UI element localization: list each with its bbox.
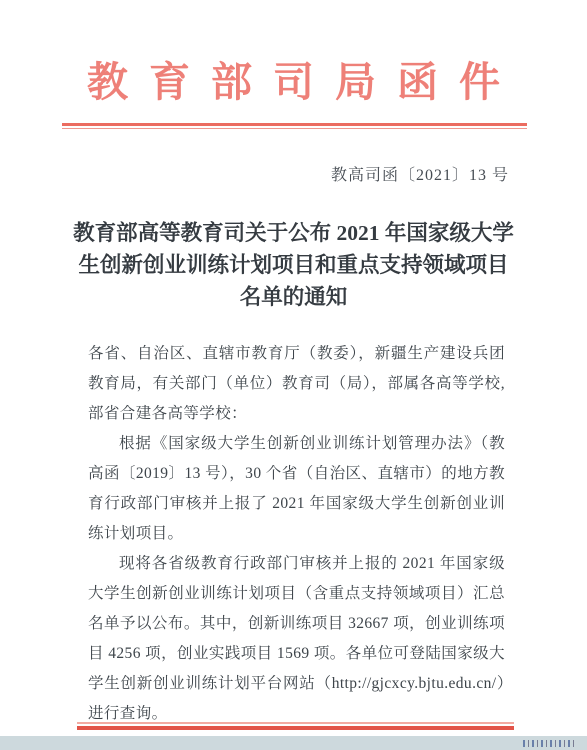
notice-title-line-1: 教育部高等教育司关于公布 2021 年国家级大学 (40, 217, 547, 249)
document-number: 教高司函〔2021〕13 号 (0, 162, 587, 185)
scan-noise-artifact (523, 740, 575, 747)
scanned-document-page: 教育部司局函件 教高司函〔2021〕13 号 教育部高等教育司关于公布 2021… (0, 0, 587, 750)
divider-thin-line (62, 128, 527, 129)
notice-title-line-3: 名单的通知 (40, 281, 547, 313)
announcement-paragraph: 现将各省级教育行政部门审核并上报的 2021 年国家级大学生创新创业训练计划项目… (88, 549, 505, 729)
notice-title: 教育部高等教育司关于公布 2021 年国家级大学 生创新创业训练计划项目和重点支… (40, 217, 547, 313)
footer-thin-line (77, 722, 514, 724)
notice-title-line-2: 生创新创业训练计划项目和重点支持领域项目 (40, 249, 547, 281)
document-body: 各省、自治区、直辖市教育厅（教委），新疆生产建设兵团教育局，有关部门（单位）教育… (88, 339, 505, 729)
letterhead-title: 教育部司局函件 (0, 56, 587, 109)
letterhead-divider (62, 123, 527, 129)
divider-thick-line (62, 123, 527, 126)
letterhead-text: 教育部司局函件 (87, 59, 521, 105)
scan-page-edge (0, 736, 587, 750)
footer-divider (77, 722, 514, 730)
basis-paragraph: 根据《国家级大学生创新创业训练计划管理办法》（教高函〔2019〕13 号），30… (88, 429, 505, 549)
footer-thick-line (77, 726, 514, 730)
recipients-paragraph: 各省、自治区、直辖市教育厅（教委），新疆生产建设兵团教育局，有关部门（单位）教育… (88, 339, 505, 429)
